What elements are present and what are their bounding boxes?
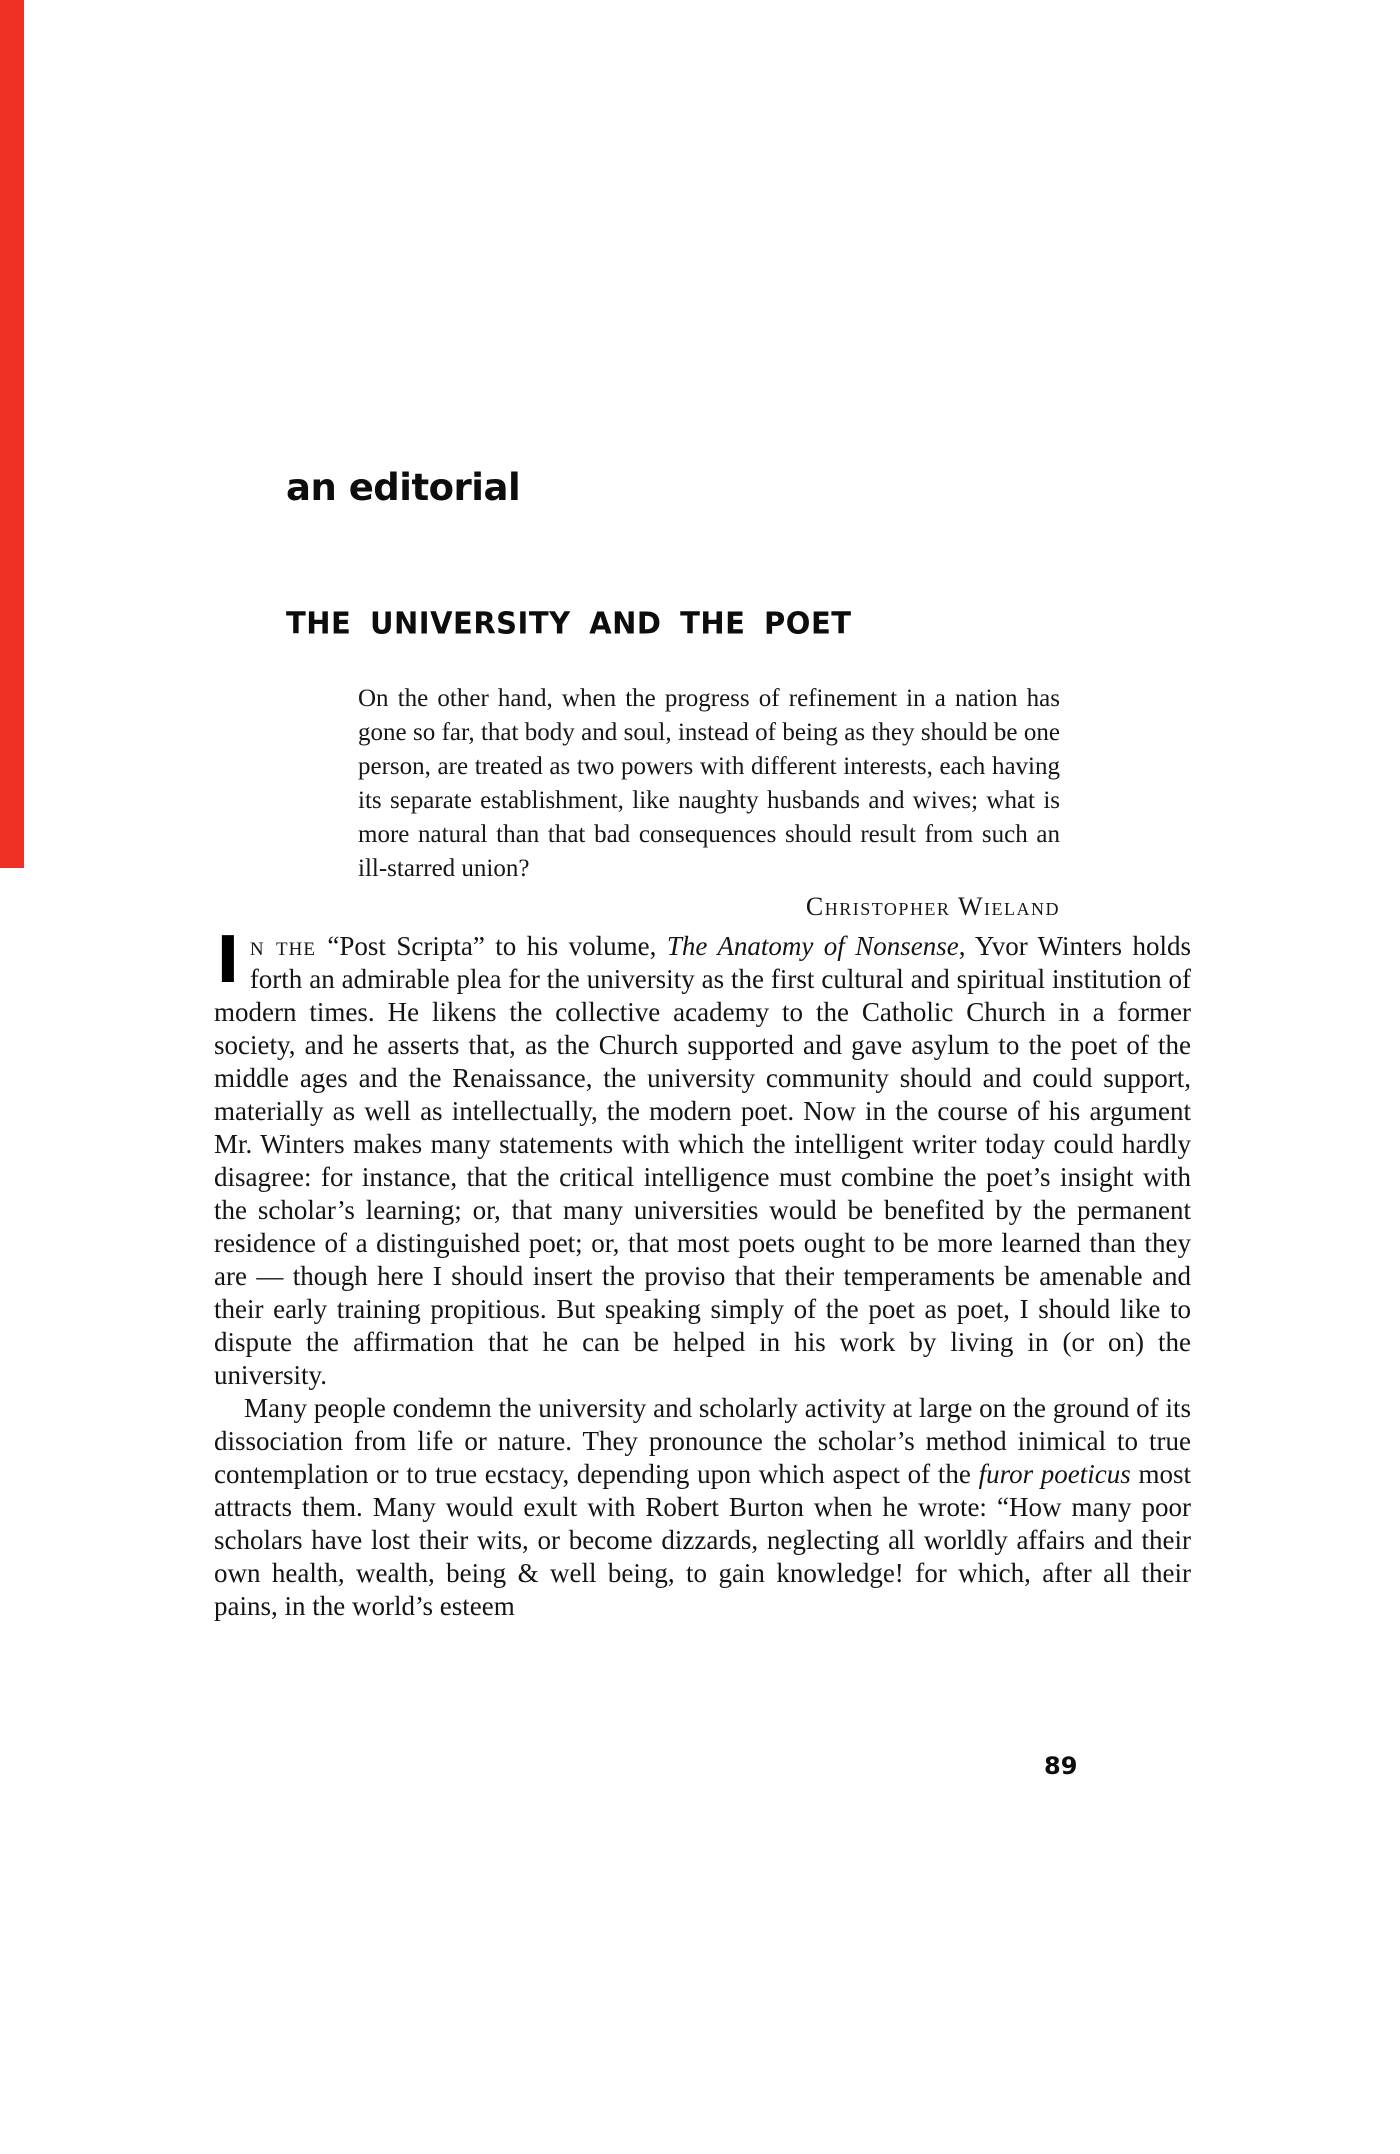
epigraph-attribution: Christopher Wieland — [358, 890, 1060, 924]
scan-edge-stripe — [0, 0, 24, 868]
drop-cap-letter: I — [216, 933, 240, 989]
body-paragraph-2-text: Many people condemn the university and s… — [214, 1393, 1191, 1621]
text-run-italic: The Anatomy of Nonsense — [667, 931, 959, 961]
body-paragraph-1: In the “Post Scripta” to his volume, The… — [214, 930, 1191, 1392]
text-run-italic: furor poeticus — [979, 1459, 1131, 1489]
epigraph: On the other hand, when the progress of … — [358, 682, 1060, 924]
body-paragraph-2: Many people condemn the university and s… — [214, 1392, 1191, 1623]
page-number: 89 — [1044, 1752, 1077, 1780]
epigraph-text: On the other hand, when the progress of … — [358, 682, 1060, 886]
body-paragraph-1-text: n the “Post Scripta” to his volume, The … — [214, 931, 1191, 1390]
scanned-page: an editorial THE UNIVERSITY AND THE POET… — [0, 0, 1400, 2154]
article-title: THE UNIVERSITY AND THE POET — [286, 605, 852, 641]
section-kicker: an editorial — [286, 466, 520, 509]
article-body: In the “Post Scripta” to his volume, The… — [214, 930, 1191, 1623]
text-run-smallcaps: n the — [250, 931, 328, 961]
text-run: “Post Scripta” to his volume, — [327, 931, 666, 961]
text-run: , Yvor Winters holds forth an admirable … — [214, 931, 1191, 1390]
